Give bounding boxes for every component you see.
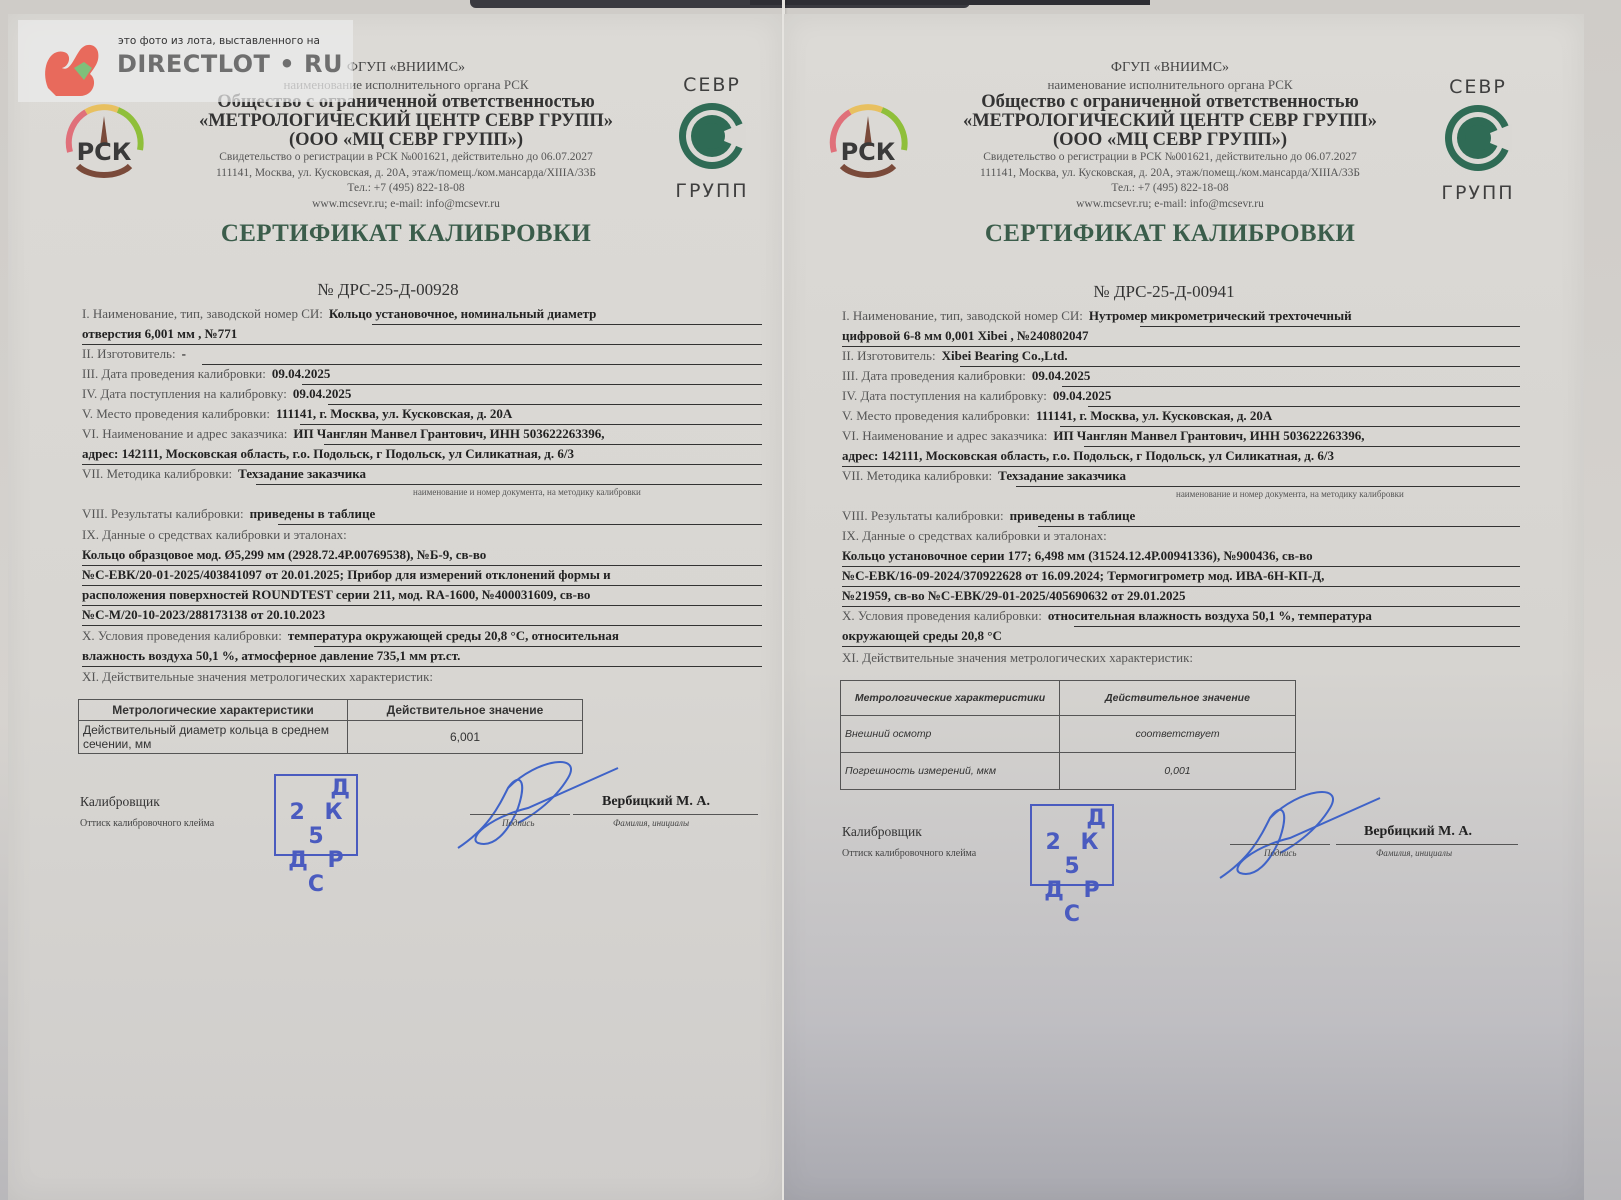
sevr-logo-top: СЕВР — [672, 74, 752, 96]
field-standards: IX. Данные о средствах калибровки и этал… — [842, 528, 1107, 544]
field-metrology-values: XI. Действительные значения метрологичес… — [82, 669, 433, 685]
calibrator-label: Калибровщик — [80, 794, 160, 810]
certificate-right: РСК ФГУП «ВНИИМС» наименование исполните… — [784, 14, 1584, 1200]
phone: Тел.: +7 (495) 822-18-08 — [166, 181, 646, 197]
signature-caption: Подпись — [502, 818, 535, 828]
certificate-header: ФГУП «ВНИИМС» наименование исполнительно… — [930, 60, 1410, 248]
standards-line: №С-М/20-10-2023/288173138 от 20.10.2023 — [82, 607, 325, 623]
field-calibration-date: III. Дата проведения калибровки:09.04.20… — [842, 368, 1090, 384]
certificate-number: № ДРС-25-Д-00928 — [48, 280, 728, 300]
company-line3: (ООО «МЦ СЕВР ГРУПП») — [930, 131, 1410, 150]
field-manufacturer: II. Изготовитель:- — [82, 346, 186, 362]
field-conditions-cont: окружающей среды 20,8 °С — [842, 628, 1002, 644]
calibrator-name: Вербицкий М. А. — [1364, 824, 1472, 840]
field-customer-cont: адрес: 142111, Московская область, г.о. … — [82, 446, 574, 462]
name-caption: Фамилия, инициалы — [1376, 848, 1452, 858]
rsk-logo-icon: РСК — [56, 94, 152, 184]
standards-line: №С-ЕВК/16-09-2024/370922628 от 16.09.202… — [842, 568, 1324, 584]
field-method: VII. Методика калибровки:Техзадание зака… — [82, 466, 366, 482]
table-header: Действительное значение — [1060, 681, 1296, 716]
sevr-logo-top: СЕВР — [1438, 76, 1518, 98]
company-line2: «МЕТРОЛОГИЧЕСКИЙ ЦЕНТР СЕВР ГРУПП» — [930, 112, 1410, 131]
table-cell: соответствует — [1060, 716, 1296, 753]
field-location: V. Место проведения калибровки:111141, г… — [842, 408, 1272, 424]
table-cell: Погрешность измерений, мкм — [841, 753, 1060, 790]
field-customer: VI. Наименование и адрес заказчика:ИП Ча… — [842, 428, 1364, 444]
company-line2: «МЕТРОЛОГИЧЕСКИЙ ЦЕНТР СЕВР ГРУПП» — [166, 112, 646, 131]
field-instrument: I. Наименование, тип, заводской номер СИ… — [842, 308, 1352, 324]
field-conditions: X. Условия проведения калибровки:относит… — [842, 608, 1372, 624]
calibration-stamp: Д 2 К 5 Д Р С — [1030, 804, 1114, 886]
stamp-caption: Оттиск калибровочного клейма — [80, 818, 214, 829]
field-receipt-date: IV. Дата поступления на калибровку:09.04… — [82, 386, 351, 402]
field-conditions: X. Условия проведения калибровки:темпера… — [82, 628, 619, 644]
standards-line: №21959, св-во №С-ЕВК/29-01-2025/40569063… — [842, 588, 1186, 604]
org-top: ФГУП «ВНИИМС» — [930, 60, 1410, 76]
results-table: Метрологические характеристики Действите… — [840, 680, 1296, 790]
field-location: V. Место проведения калибровки:111141, г… — [82, 406, 512, 422]
field-instrument-cont: цифровой 6-8 мм 0,001 Xibei , №240802047 — [842, 328, 1089, 344]
field-instrument: I. Наименование, тип, заводской номер СИ… — [82, 306, 596, 322]
field-standards: IX. Данные о средствах калибровки и этал… — [82, 527, 347, 543]
table-cell: Внешний осмотр — [841, 716, 1060, 753]
field-metrology-values: XI. Действительные значения метрологичес… — [842, 650, 1193, 666]
stamp-caption: Оттиск калибровочного клейма — [842, 848, 976, 859]
method-hint: наименование и номер документа, на метод… — [1176, 489, 1404, 499]
svg-text:РСК: РСК — [841, 138, 896, 166]
certificate-title: СЕРТИФИКАТ КАЛИБРОВКИ — [930, 220, 1410, 248]
standards-line: Кольцо установочное серии 177; 6,498 мм … — [842, 548, 1313, 564]
phone: Тел.: +7 (495) 822-18-08 — [930, 181, 1410, 197]
field-conditions-cont: влажность воздуха 50,1 %, атмосферное да… — [82, 648, 460, 664]
svg-text:РСК: РСК — [77, 138, 132, 166]
company-line1: Общество с ограниченной ответственностью — [930, 93, 1410, 112]
signature-caption: Подпись — [1264, 848, 1297, 858]
standards-line: №С-ЕВК/20-01-2025/403841097 от 20.01.202… — [82, 567, 611, 583]
web: www.mcsevr.ru; e-mail: info@mcsevr.ru — [930, 197, 1410, 213]
field-results: VIII. Результаты калибровки:приведены в … — [842, 508, 1135, 524]
sevr-c-icon — [1442, 102, 1514, 174]
sevr-logo: СЕВР ГРУПП — [672, 74, 752, 202]
watermark-tagline: это фото из лота, выставленного на — [118, 35, 320, 47]
field-customer-cont: адрес: 142111, Московская область, г.о. … — [842, 448, 1334, 464]
standards-line: Кольцо образцовое мод. Ø5,299 мм (2928.7… — [82, 547, 486, 563]
calibrator-label: Калибровщик — [842, 824, 922, 840]
address: 111141, Москва, ул. Кусковская, д. 20А, … — [166, 166, 646, 182]
table-header: Метрологические характеристики — [841, 681, 1060, 716]
certificate-title: СЕРТИФИКАТ КАЛИБРОВКИ — [166, 220, 646, 248]
table-header: Действительное значение — [348, 700, 583, 721]
calibrator-name: Вербицкий М. А. — [602, 794, 710, 810]
registration: Свидетельство о регистрации в РСК №00162… — [930, 150, 1410, 166]
method-hint: наименование и номер документа, на метод… — [413, 487, 641, 497]
web: www.mcsevr.ru; e-mail: info@mcsevr.ru — [166, 197, 646, 213]
company-line3: (ООО «МЦ СЕВР ГРУПП») — [166, 131, 646, 150]
field-manufacturer: II. Изготовитель:Xibei Bearing Co.,Ltd. — [842, 348, 1068, 364]
sevr-logo-bottom: ГРУПП — [672, 180, 752, 202]
results-table: Метрологические характеристики Действите… — [78, 699, 583, 754]
org-sub: наименование исполнительного органа РСК — [930, 77, 1410, 93]
watermark: это фото из лота, выставленного на DIREC… — [18, 20, 353, 102]
squirrel-logo-icon — [40, 38, 106, 100]
address: 111141, Москва, ул. Кусковская, д. 20А, … — [930, 166, 1410, 182]
name-caption: Фамилия, инициалы — [613, 818, 689, 828]
registration: Свидетельство о регистрации в РСК №00162… — [166, 150, 646, 166]
field-results: VIII. Результаты калибровки:приведены в … — [82, 506, 375, 522]
field-calibration-date: III. Дата проведения калибровки:09.04.20… — [82, 366, 330, 382]
certificate-number: № ДРС-25-Д-00941 — [824, 282, 1504, 302]
certificate-left: РСК ФГУП «ВНИИМС» наименование исполните… — [8, 14, 782, 1200]
sevr-logo: СЕВР ГРУПП — [1438, 76, 1518, 204]
table-cell: Действительный диаметр кольца в среднем … — [79, 721, 348, 754]
signature-icon — [1210, 778, 1390, 888]
background-object — [750, 0, 1150, 5]
sevr-logo-bottom: ГРУПП — [1438, 182, 1518, 204]
field-receipt-date: IV. Дата поступления на калибровку:09.04… — [842, 388, 1111, 404]
field-method: VII. Методика калибровки:Техзадание зака… — [842, 468, 1126, 484]
calibration-stamp: Д 2 К 5 Д Р С — [274, 774, 358, 856]
field-customer: VI. Наименование и адрес заказчика:ИП Ча… — [82, 426, 604, 442]
field-instrument-cont: отверстия 6,001 мм , №771 — [82, 326, 237, 342]
sevr-c-icon — [676, 100, 748, 172]
watermark-brand: DIRECTLOT • RU — [117, 50, 343, 78]
table-row: Внешний осмотр соответствует — [841, 716, 1296, 753]
signature-icon — [448, 748, 628, 858]
standards-line: расположения поверхностей ROUNDTEST сери… — [82, 587, 590, 603]
table-header: Метрологические характеристики — [79, 700, 348, 721]
rsk-logo-icon: РСК — [820, 94, 916, 184]
